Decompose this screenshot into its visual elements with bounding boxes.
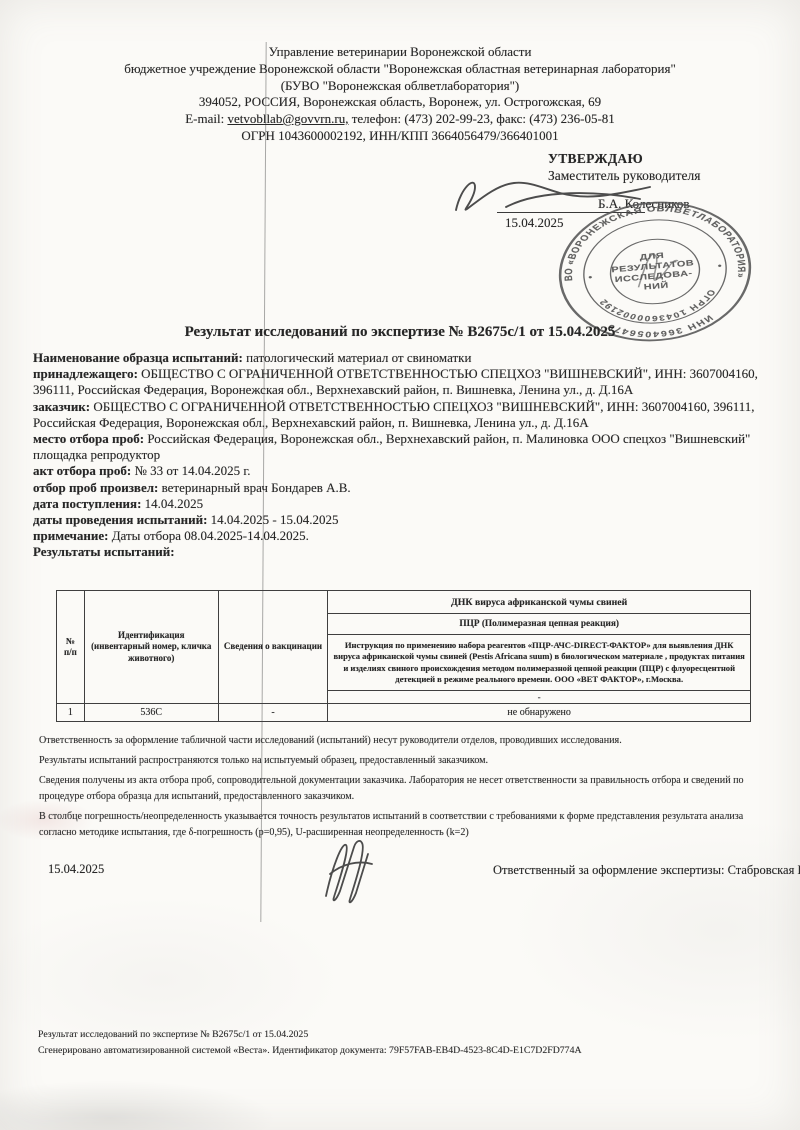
owner-row: принадлежащего: ОБЩЕСТВО С ОГРАНИЧЕННОЙ … (33, 366, 781, 398)
signoff-date: 15.04.2025 (48, 862, 104, 877)
test-name-cell: ДНК вируса африканской чумы свиней (328, 591, 751, 614)
field-value: № 33 от 14.04.2025 г. (134, 463, 250, 478)
svg-text:•: • (585, 275, 598, 279)
footnote: Ответственность за оформление табличной … (39, 733, 763, 749)
results-table: № п/п Идентификация (инвентарный номер, … (56, 590, 751, 722)
footer-expertise-ref: Результат исследований по экспертизе № В… (38, 1027, 582, 1043)
field-value: патологический материал от свиноматки (246, 350, 471, 365)
field-value: 14.04.2025 - 15.04.2025 (211, 512, 339, 527)
stamp-dot-left: • (585, 275, 598, 279)
field-value: ОБЩЕСТВО С ОГРАНИЧЕННОЙ ОТВЕТСТВЕННОСТЬЮ… (33, 399, 755, 430)
footnote: Сведения получены из акта отбора проб, с… (39, 773, 763, 804)
customer-row: заказчик: ОБЩЕСТВО С ОГРАНИЧЕННОЙ ОТВЕТС… (33, 399, 781, 431)
receipt-date-row: дата поступления: 14.04.2025 (33, 496, 781, 512)
col-header-identification: Идентификация (инвентарный номер, кличка… (84, 591, 218, 704)
test-dates-row: даты проведения испытаний: 14.04.2025 - … (33, 512, 781, 528)
report-title: Результат исследований по экспертизе № В… (0, 324, 800, 341)
num-header-line1: № (61, 636, 80, 647)
row-result-cell: не обнаружено (328, 704, 751, 722)
field-label: примечание: (33, 528, 108, 543)
responsible-signature (318, 834, 380, 908)
field-label: дата поступления: (33, 496, 141, 511)
stamp-dot-right: • (713, 264, 726, 268)
email-link: vetvobllab@govvrn.ru, (227, 111, 348, 126)
col-header-vaccination: Сведения о вакцинации (218, 591, 328, 704)
method-description-cell: Инструкция по применению набора реагенто… (328, 635, 751, 691)
field-value: Даты отбора 08.04.2025-14.04.2025. (112, 528, 309, 543)
org-ogrn-inn: ОГРН 1043600002192, ИНН/КПП 3664056479/3… (0, 128, 800, 145)
scanned-report-page: Управление ветеринарии Воронежской облас… (0, 0, 800, 1130)
footnote: Результаты испытаний распространяются то… (39, 753, 763, 769)
sample-name-row: Наименование образца испытаний: патологи… (33, 350, 781, 366)
org-short-name: (БУВО "Воронежская облветлаборатория") (0, 78, 800, 95)
letterhead: Управление ветеринарии Воронежской облас… (0, 44, 800, 145)
org-full-name: бюджетное учреждение Воронежской области… (0, 61, 800, 78)
table-row: 1 536С - не обнаружено (57, 704, 751, 722)
results-section-label: Результаты испытаний: (33, 544, 781, 560)
field-label: место отбора проб: (33, 431, 144, 446)
responsible-person: Ответственный за оформление экспертизы: … (493, 863, 800, 878)
approve-label: УТВЕРЖДАЮ (548, 150, 700, 167)
num-header-line2: п/п (61, 647, 80, 658)
col-header-num: № п/п (57, 591, 85, 704)
footnote: В столбце погрешность/неопределенность у… (39, 809, 763, 840)
field-label: принадлежащего: (33, 366, 138, 381)
phone-fax: телефон: (473) 202-99-23, факс: (473) 23… (352, 111, 615, 126)
field-label: даты проведения испытаний: (33, 512, 207, 527)
field-value: 14.04.2025 (145, 496, 204, 511)
row-id-cell: 536С (84, 704, 218, 722)
sample-details: Наименование образца испытаний: патологи… (33, 350, 781, 590)
sampling-place-row: место отбора проб: Российская Федерация,… (33, 431, 781, 463)
svg-text:•: • (713, 264, 726, 268)
org-contacts: E-mail: vetvobllab@govvrn.ru, телефон: (… (0, 111, 800, 128)
method-dash-cell: - (328, 691, 751, 704)
row-num-cell: 1 (57, 704, 85, 722)
org-parent: Управление ветеринарии Воронежской облас… (0, 44, 800, 61)
sampling-act-row: акт отбора проб: № 33 от 14.04.2025 г. (33, 463, 781, 479)
email-label: E-mail: (185, 111, 224, 126)
field-label: заказчик: (33, 399, 90, 414)
field-value: ветеринарный врач Бондарев А.В. (162, 480, 351, 495)
field-label: акт отбора проб: (33, 463, 131, 478)
field-label: Наименование образца испытаний: (33, 350, 243, 365)
document-footer: Результат исследований по экспертизе № В… (38, 1027, 582, 1058)
footer-generator-id: Сгенерировано автоматизированной системо… (38, 1043, 582, 1059)
row-vaccination-cell: - (218, 704, 328, 722)
footnotes: Ответственность за оформление табличной … (39, 733, 763, 845)
org-address: 394052, РОССИЯ, Воронежская область, Вор… (0, 94, 800, 111)
sampler-row: отбор проб произвел: ветеринарный врач Б… (33, 480, 781, 496)
field-value: ОБЩЕСТВО С ОГРАНИЧЕННОЙ ОТВЕТСТВЕННОСТЬЮ… (33, 366, 758, 397)
note-row: примечание: Даты отбора 08.04.2025-14.04… (33, 528, 781, 544)
field-label: отбор проб произвел: (33, 480, 158, 495)
method-type-cell: ПЦР (Полимеразная цепная реакция) (328, 614, 751, 635)
